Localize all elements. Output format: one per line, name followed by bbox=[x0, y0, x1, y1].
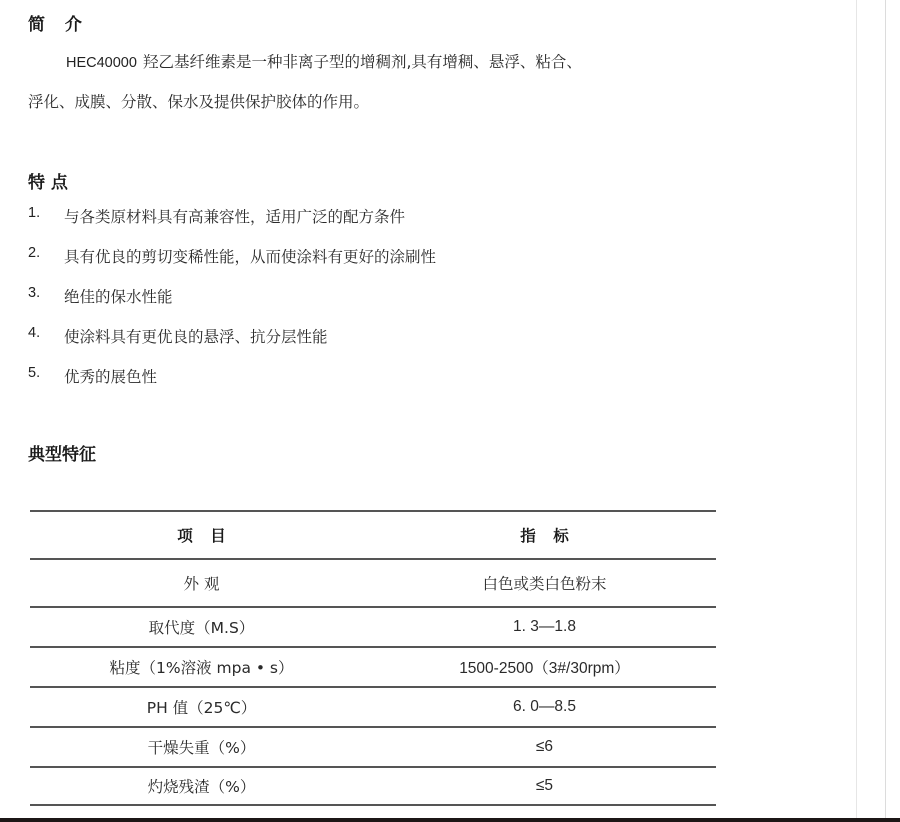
next-image-edge bbox=[0, 818, 900, 822]
table-row: 干燥失重（%） ≤6 bbox=[30, 726, 716, 766]
table-row: 灼烧残渣（%） ≤5 bbox=[30, 766, 716, 806]
list-item-number: 2. bbox=[28, 245, 64, 261]
cell-value: ≤5 bbox=[373, 777, 716, 795]
cell-value: 1. 3—1.8 bbox=[373, 618, 716, 636]
list-item-number: 4. bbox=[28, 325, 64, 341]
column-header-item: 项 目 bbox=[30, 524, 373, 546]
list-item: 5. 优秀的展色性 bbox=[28, 365, 436, 405]
features-list: 1. 与各类原材料具有高兼容性，适用广泛的配方条件 2. 具有优良的剪切变稀性能… bbox=[28, 205, 436, 405]
list-item-number: 1. bbox=[28, 205, 64, 221]
page-edge-divider bbox=[856, 0, 857, 818]
table-row: 取代度（M.S） 1. 3—1.8 bbox=[30, 606, 716, 646]
cell-value: ≤6 bbox=[373, 738, 716, 756]
cell-item: 粘度（1%溶液 mpa • s） bbox=[30, 656, 373, 678]
table-header-row: 项 目 指 标 bbox=[30, 510, 716, 558]
cell-item: 干燥失重（%） bbox=[30, 736, 373, 758]
cell-item: 灼烧残渣（%） bbox=[30, 775, 373, 797]
list-item-text: 优秀的展色性 bbox=[64, 365, 157, 387]
list-item: 3. 绝佳的保水性能 bbox=[28, 285, 436, 325]
cell-value: 白色或类白色粉末 bbox=[373, 572, 716, 594]
column-header-value: 指 标 bbox=[373, 524, 716, 546]
cell-item: 取代度（M.S） bbox=[30, 616, 373, 638]
cell-item: 外 观 bbox=[30, 572, 373, 594]
intro-paragraph-line-2: 浮化、成膜、分散、保水及提供保护胶体的作用。 bbox=[28, 90, 369, 112]
product-code: HEC40000 bbox=[66, 55, 137, 71]
table-row: PH 值（25℃） 6. 0—8.5 bbox=[30, 686, 716, 726]
list-item: 2. 具有优良的剪切变稀性能，从而使涂料有更好的涂刷性 bbox=[28, 245, 436, 285]
page-edge-divider bbox=[885, 0, 886, 818]
section-heading-typical-properties: 典型特征 bbox=[28, 440, 96, 465]
list-item-text: 具有优良的剪切变稀性能，从而使涂料有更好的涂刷性 bbox=[64, 245, 436, 267]
list-item: 1. 与各类原材料具有高兼容性，适用广泛的配方条件 bbox=[28, 205, 436, 245]
list-item: 4. 使涂料具有更优良的悬浮、抗分层性能 bbox=[28, 325, 436, 365]
table-row: 外 观 白色或类白色粉末 bbox=[30, 558, 716, 606]
list-item-number: 5. bbox=[28, 365, 64, 381]
intro-text-1: 羟乙基纤维素是一种非离子型的增稠剂,具有增稠、悬浮、粘合、 bbox=[143, 53, 582, 71]
list-item-text: 绝佳的保水性能 bbox=[64, 285, 173, 307]
spec-table: 项 目 指 标 外 观 白色或类白色粉末 取代度（M.S） 1. 3—1.8 粘… bbox=[30, 510, 716, 806]
table-row: 粘度（1%溶液 mpa • s） 1500-2500（3#/30rpm） bbox=[30, 646, 716, 686]
cell-value: 6. 0—8.5 bbox=[373, 698, 716, 716]
section-heading-features: 特 点 bbox=[28, 168, 68, 193]
cell-item: PH 值（25℃） bbox=[30, 696, 373, 718]
intro-paragraph-line-1: HEC40000羟乙基纤维素是一种非离子型的增稠剂,具有增稠、悬浮、粘合、 bbox=[66, 50, 582, 72]
list-item-text: 与各类原材料具有高兼容性，适用广泛的配方条件 bbox=[64, 205, 405, 227]
list-item-number: 3. bbox=[28, 285, 64, 301]
cell-value: 1500-2500（3#/30rpm） bbox=[373, 656, 716, 678]
list-item-text: 使涂料具有更优良的悬浮、抗分层性能 bbox=[64, 325, 328, 347]
document-page: 简 介 HEC40000羟乙基纤维素是一种非离子型的增稠剂,具有增稠、悬浮、粘合… bbox=[0, 0, 900, 818]
section-heading-intro: 简 介 bbox=[28, 10, 82, 35]
